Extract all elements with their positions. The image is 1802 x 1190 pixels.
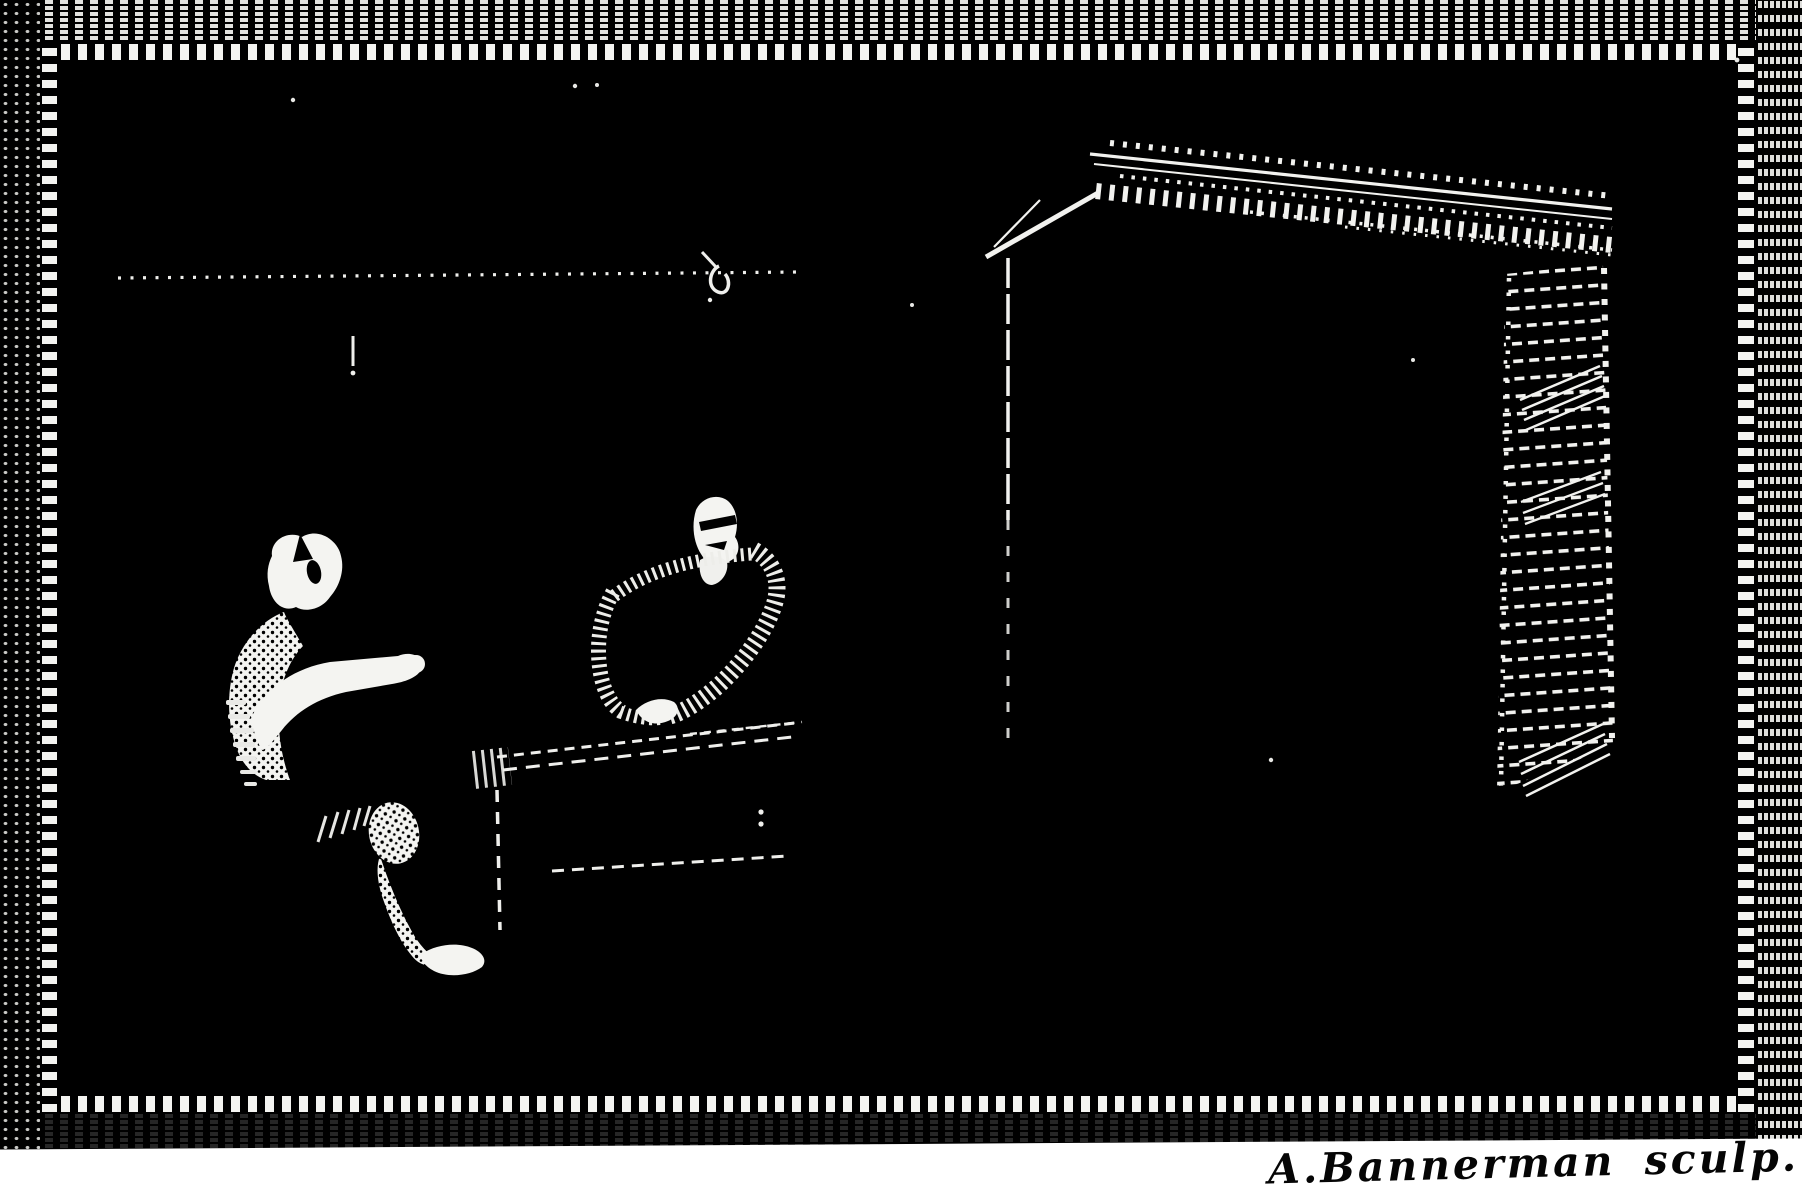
louvered-window (1497, 264, 1613, 796)
canopy-corner-brace (986, 193, 1098, 257)
cord-hook (711, 266, 729, 293)
figure-at-table-left-arm (598, 592, 622, 712)
figure-at-table (598, 497, 777, 724)
engraving-scene (0, 0, 1802, 1156)
engraving-page: A.Bannerman sculp. (0, 0, 1802, 1190)
seated-figure-knee (363, 797, 425, 868)
hanging-cord-line (118, 252, 800, 375)
engraving-frame (0, 0, 1802, 1156)
seated-figure-shin (378, 856, 438, 965)
drawer-keyhole-dot (758, 809, 763, 814)
drawer-keyhole-dot (758, 821, 763, 826)
cornice-bands (1090, 143, 1612, 255)
table-leg-edge (497, 790, 500, 930)
engraver-signature: A.Bannerman sculp. (1268, 1136, 1800, 1190)
seated-figure-hand (407, 655, 425, 673)
window-louvers (1497, 264, 1613, 792)
drawer-line (552, 856, 788, 871)
seated-figure-foot (422, 945, 485, 976)
table-top-front-edge (503, 737, 792, 770)
seated-figure (226, 533, 484, 975)
chest-of-drawers (474, 722, 802, 930)
figure-at-table-head (694, 497, 739, 564)
stool-hatch (318, 806, 370, 842)
